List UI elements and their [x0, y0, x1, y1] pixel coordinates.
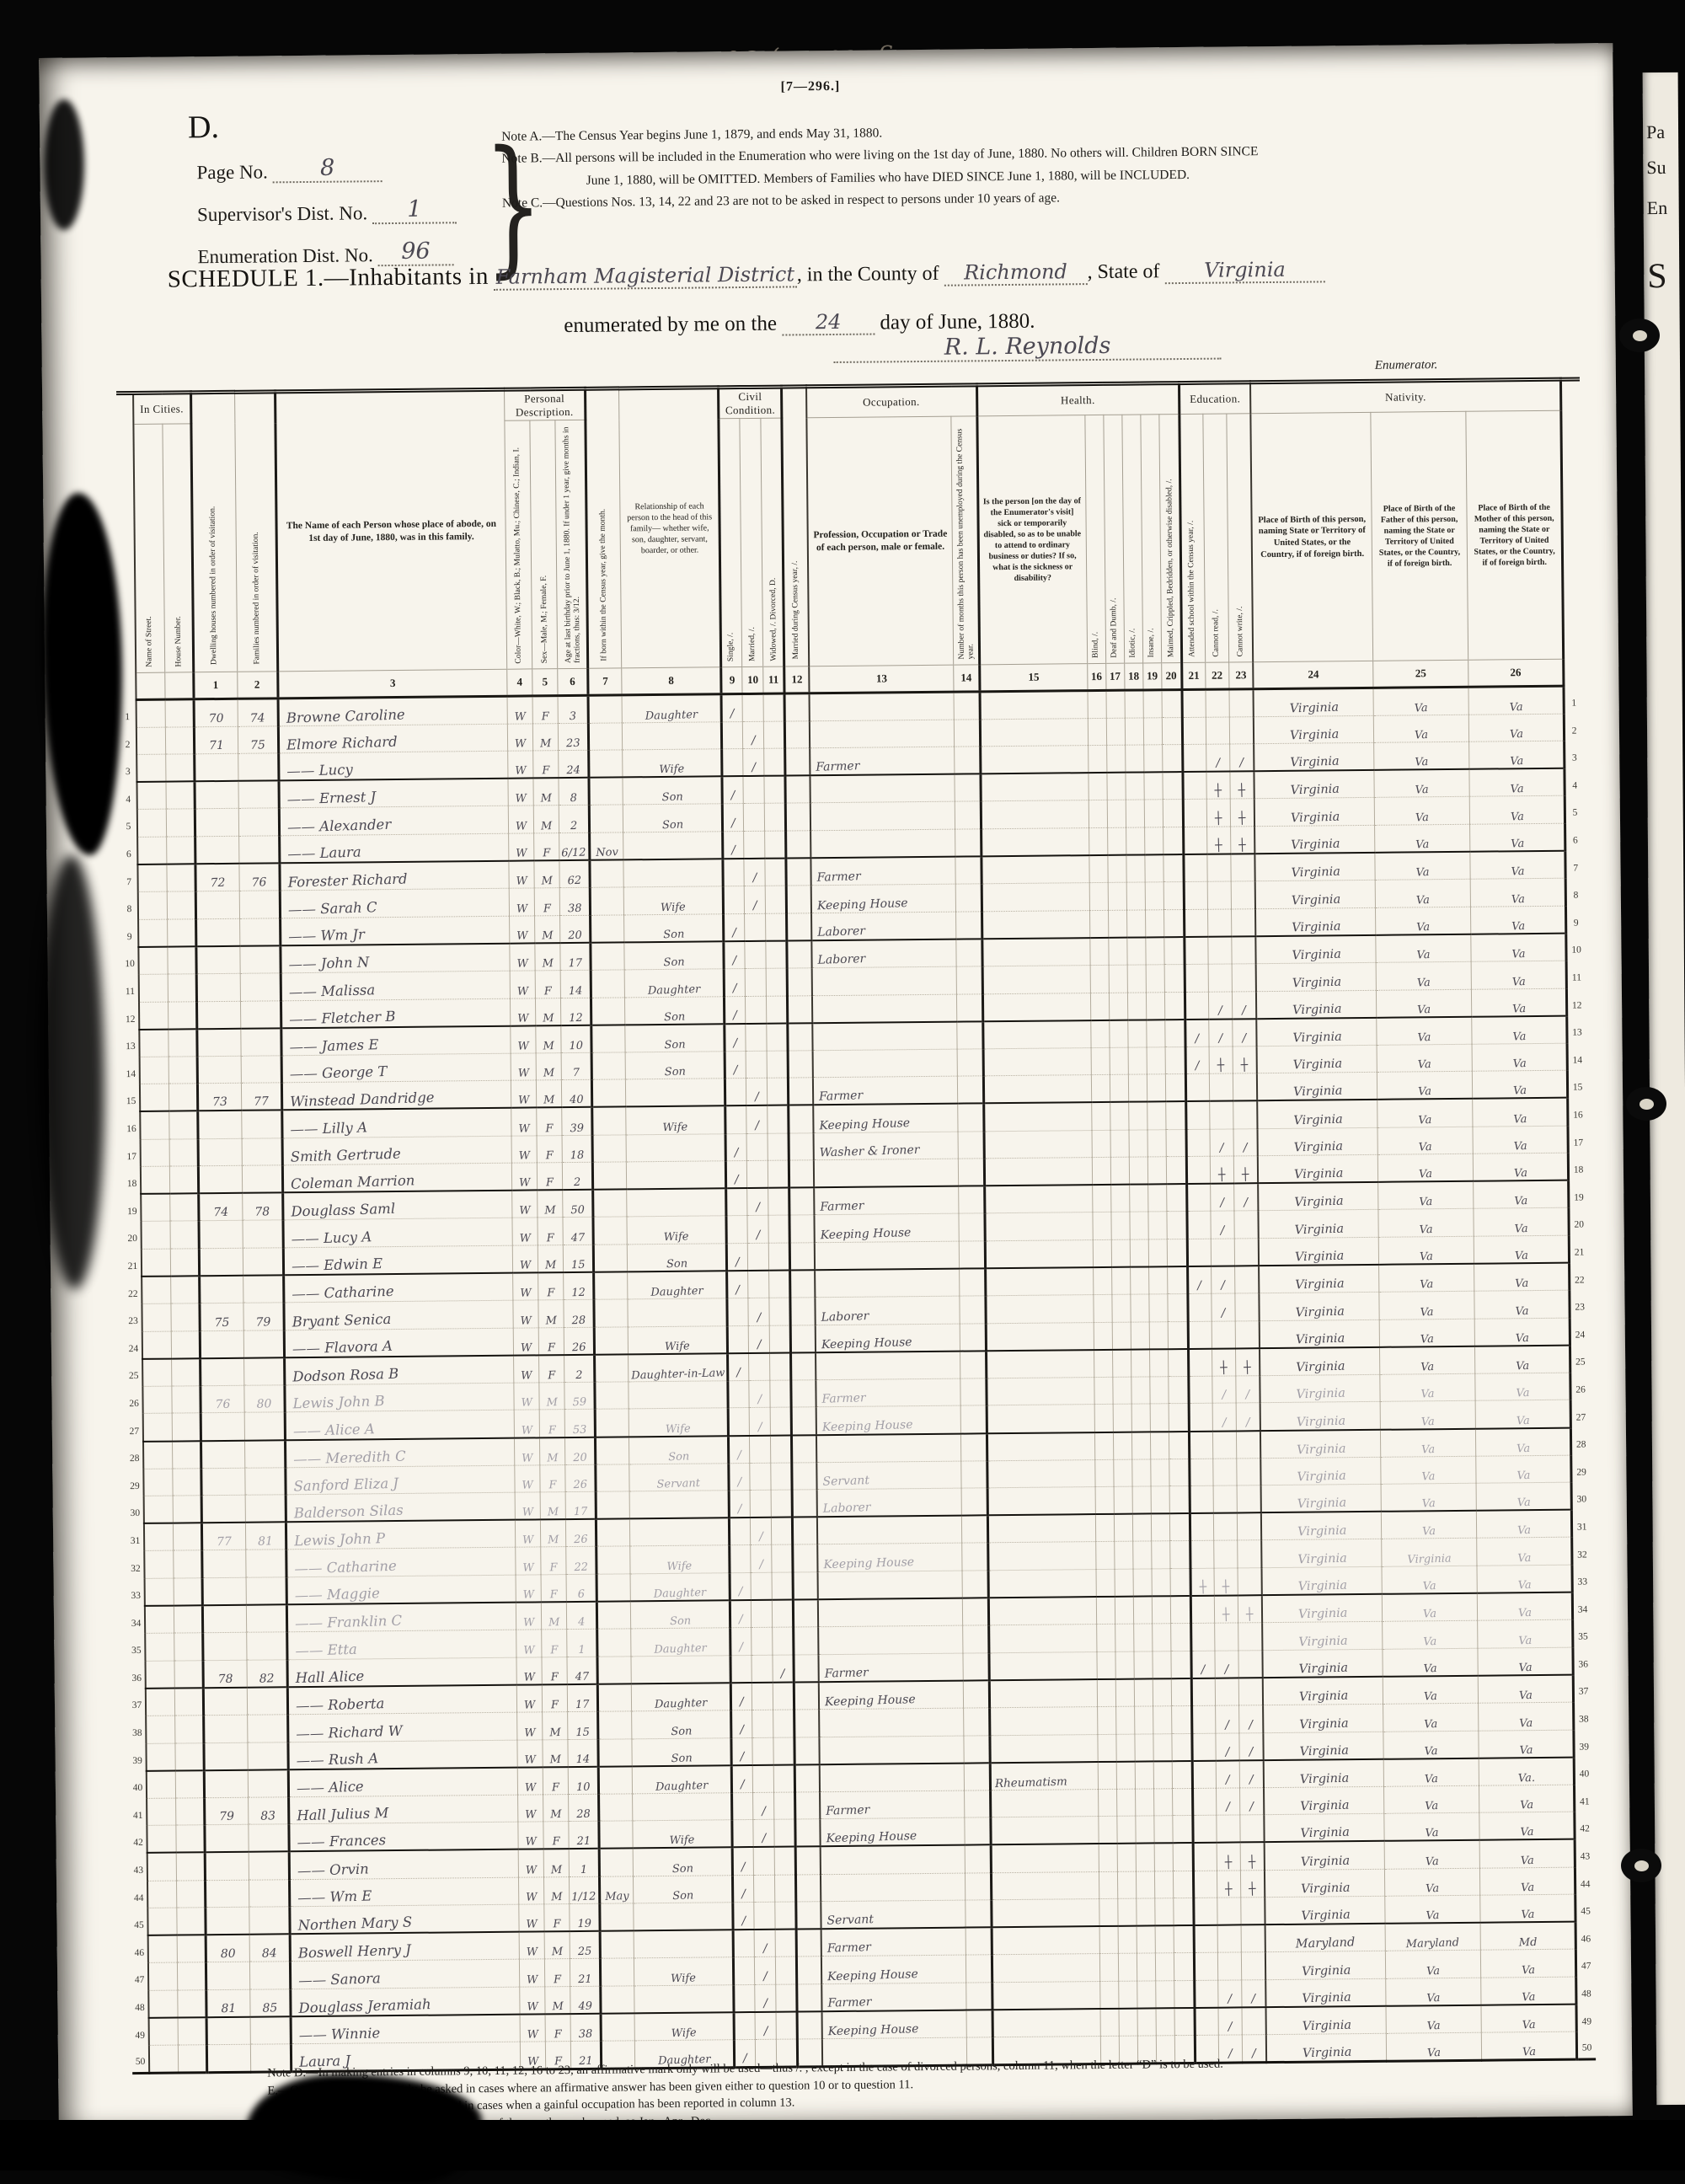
cell-empty — [1172, 1761, 1192, 1789]
cell-empty — [1132, 1514, 1151, 1542]
cell-empty — [1110, 1102, 1128, 1130]
cell-sickness — [985, 1239, 1093, 1268]
cell-empty — [1132, 1541, 1151, 1569]
cell-father-birthplace: Va — [1380, 1373, 1475, 1402]
cell-school-mark — [1194, 1898, 1217, 1925]
cell-birth-month — [595, 1409, 629, 1437]
cell-empty — [1163, 800, 1183, 827]
cell-cannot-read-mark: / — [1210, 1184, 1233, 1212]
cell-name: —— Rush A — [288, 1740, 518, 1769]
cell-cannot-read-mark: ┼ — [1214, 1568, 1238, 1596]
cell-family-number — [246, 1577, 286, 1605]
column-number: 17 — [1105, 663, 1124, 690]
cell-empty — [1149, 1294, 1168, 1322]
cell-father-birthplace: Va — [1383, 1758, 1479, 1786]
cell-empty — [1152, 1569, 1170, 1597]
cell-age: 3 — [558, 695, 588, 723]
row-number: 37 — [129, 1689, 146, 1716]
cell-color: W — [515, 1465, 540, 1493]
cell-father-birthplace: Va — [1373, 687, 1468, 715]
cell-empty — [1108, 882, 1126, 910]
cell-name: —— Lilly A — [281, 1108, 511, 1137]
cell-widowed-mark — [776, 1984, 797, 2012]
cell-empty — [788, 1050, 812, 1078]
cell-empty — [797, 2011, 821, 2039]
cell-empty — [795, 1791, 820, 1819]
cell-married-mark — [753, 1847, 774, 1875]
cell-empty — [1134, 1678, 1153, 1706]
cell-single-mark: / — [730, 1572, 751, 1600]
cell-empty — [1131, 1459, 1150, 1487]
cell-empty — [1089, 910, 1108, 938]
cell-relationship: Servant — [629, 1463, 729, 1491]
cell-father-birthplace: Va — [1383, 1785, 1479, 1814]
header-cannot-read: Cannot read, /. — [1203, 414, 1229, 662]
cell-name: —— Orvin — [289, 1849, 519, 1879]
cell-name: Browne Caroline — [278, 696, 508, 725]
cell-empty — [168, 1084, 197, 1111]
cell-color: W — [510, 971, 535, 998]
cell-widowed-mark — [768, 1160, 789, 1188]
cell-single-mark — [734, 1984, 755, 2012]
cell-age: 15 — [563, 1245, 593, 1272]
cell-cannot-write-mark — [1238, 1650, 1263, 1678]
cell-occupation: Servant — [816, 1461, 961, 1490]
cell-school-mark — [1192, 1788, 1216, 1816]
cell-empty — [1134, 1706, 1153, 1734]
cell-name: —— Ernest J — [279, 779, 509, 808]
cell-empty — [793, 1572, 817, 1600]
row-number: 6 — [1565, 823, 1585, 851]
cell-empty — [1143, 745, 1162, 773]
cell-empty — [1145, 854, 1163, 882]
binder-ring — [1626, 1087, 1666, 1121]
cell-widowed-mark — [765, 831, 786, 859]
cell-cannot-write-mark — [1231, 881, 1255, 909]
cell-birthplace: Virginia — [1265, 1869, 1384, 1898]
cell-dwelling-number: 79 — [204, 1797, 248, 1825]
cell-birthplace: Virginia — [1254, 688, 1373, 716]
cell-empty — [1129, 1129, 1147, 1157]
cell-name: Bryant Senica — [284, 1300, 514, 1330]
row-number: 36 — [1573, 1647, 1592, 1675]
cell-widowed-mark — [768, 1078, 789, 1105]
cell-single-mark: / — [729, 1463, 750, 1491]
cell-school-mark — [1186, 1184, 1210, 1212]
cell-name: —— Roberta — [287, 1685, 517, 1715]
cell-cannot-read-mark — [1209, 1073, 1233, 1101]
cell-cannot-write-mark — [1232, 936, 1256, 964]
cell-dwelling-number: 75 — [200, 1303, 243, 1330]
cell-dwelling-number — [195, 946, 239, 974]
cell-empty — [787, 968, 811, 996]
cell-married-mark — [754, 1902, 775, 1930]
cell-empty — [143, 1441, 172, 1469]
row-number: 31 — [1572, 1510, 1591, 1538]
cell-age: 19 — [570, 1903, 600, 1931]
cell-occupation: Keeping House — [817, 1543, 962, 1571]
cell-widowed-mark — [766, 913, 787, 941]
cell-relationship: Son — [629, 1436, 729, 1464]
row-number: 26 — [1570, 1373, 1590, 1400]
cell-birthplace: Virginia — [1257, 1017, 1377, 1046]
cell-empty — [1152, 1596, 1170, 1624]
enumerator-signature: R. L. Reynolds — [833, 332, 1221, 363]
cell-relationship: Son — [625, 1051, 725, 1079]
cell-color: W — [507, 696, 532, 724]
cell-empty — [1144, 800, 1163, 827]
cell-occupation: Keeping House — [816, 1324, 960, 1352]
row-number: 17 — [1568, 1125, 1587, 1153]
cell-occupation: Keeping House — [814, 1213, 959, 1242]
cell-birth-month — [594, 1327, 628, 1355]
cell-married-mark: / — [743, 721, 764, 749]
cell-family-number — [244, 1440, 285, 1468]
cell-dwelling-number — [200, 1358, 243, 1386]
cell-color: W — [516, 1602, 541, 1630]
cell-mother-birthplace: Va — [1470, 878, 1565, 907]
cell-birth-month — [598, 1738, 632, 1766]
state-value: Virginia — [1164, 257, 1324, 284]
cell-empty — [1113, 1459, 1131, 1487]
cell-color: W — [513, 1328, 538, 1356]
cell-single-mark: / — [729, 1491, 750, 1518]
cell-birthplace: Virginia — [1259, 1265, 1378, 1293]
cell-empty — [168, 1001, 196, 1029]
cell-widowed-mark — [768, 1215, 789, 1243]
cell-dwelling-number — [196, 1028, 240, 1056]
cell-empty — [173, 1523, 201, 1551]
cell-family-number — [240, 945, 281, 973]
cell-single-mark — [730, 1655, 752, 1683]
row-number: 29 — [1571, 1455, 1591, 1483]
row-number: 27 — [1570, 1400, 1590, 1427]
cell-cannot-read-mark: ┼ — [1206, 799, 1230, 827]
cell-relationship: Wife — [627, 1216, 726, 1245]
cell-empty — [1154, 1844, 1173, 1871]
cell-empty — [960, 1378, 986, 1406]
cell-occupation — [820, 1845, 965, 1874]
cell-relationship — [623, 859, 723, 887]
county-label: , in the County of — [797, 263, 939, 286]
cell-birth-month — [590, 887, 623, 915]
table-header: In Cities. Dwelling houses numbered in o… — [116, 379, 1582, 700]
cell-empty — [1093, 1239, 1111, 1267]
cell-sex: M — [540, 1519, 565, 1547]
cell-name: Coleman Marrion — [282, 1163, 512, 1192]
cell-mother-birthplace: Va — [1475, 1345, 1570, 1373]
cell-empty — [1109, 993, 1127, 1020]
cell-empty — [1165, 1101, 1185, 1129]
cell-father-birthplace: Va — [1383, 1676, 1478, 1705]
cell-empty — [1127, 1020, 1146, 1047]
cell-occupation — [814, 1159, 959, 1187]
cell-occupation: Farmer — [820, 1791, 965, 1819]
cell-empty — [1130, 1239, 1148, 1267]
cell-family-number — [246, 1632, 286, 1660]
cell-cannot-write-mark — [1241, 1924, 1265, 1952]
cell-single-mark — [723, 886, 744, 914]
cell-age: 12 — [564, 1272, 594, 1300]
cell-father-birthplace: Va — [1377, 1099, 1473, 1127]
cell-empty — [1151, 1541, 1169, 1569]
cell-color: W — [509, 833, 534, 861]
header-insane: Insane, /. — [1141, 415, 1162, 663]
cell-cannot-read-mark — [1217, 1925, 1241, 1953]
column-number: 10 — [742, 666, 763, 693]
cell-empty — [1143, 717, 1162, 745]
cell-empty — [956, 912, 982, 939]
cell-family-number — [240, 1000, 281, 1028]
cell-empty — [785, 720, 810, 748]
row-number: 21 — [125, 1249, 142, 1277]
cell-married-mark: / — [744, 859, 765, 886]
cell-school-mark — [1195, 2008, 1218, 2036]
cell-empty — [1143, 690, 1162, 718]
cell-widowed-mark — [768, 1188, 789, 1216]
cell-empty — [789, 1105, 813, 1133]
cell-birth-month — [601, 2013, 634, 2041]
cell-empty — [1112, 1322, 1131, 1350]
cell-name: Douglass Jeramiah — [290, 1987, 520, 2016]
cell-empty — [1130, 1266, 1148, 1294]
cell-birth-month — [596, 1546, 630, 1574]
cell-dwelling-number: 78 — [203, 1660, 247, 1688]
schedule-title: SCHEDULE 1.—Inhabitants in — [168, 263, 489, 293]
cell-sickness — [991, 1871, 1099, 1900]
cell-empty — [1132, 1486, 1151, 1514]
cell-empty — [1095, 1487, 1114, 1515]
row-number: 3 — [120, 755, 136, 783]
cell-school-mark — [1188, 1293, 1212, 1321]
cell-school-mark — [1190, 1623, 1214, 1651]
cell-color: W — [510, 943, 535, 971]
cell-occupation: Washer & Ironer — [813, 1132, 958, 1160]
cell-family-number — [239, 918, 280, 946]
cell-birthplace: Virginia — [1259, 1210, 1378, 1239]
cell-mother-birthplace: Va — [1481, 2005, 1576, 2033]
cell-occupation: Farmer — [814, 1186, 959, 1215]
cell-empty — [1155, 1953, 1174, 1981]
cell-birth-month — [593, 1217, 627, 1245]
column-number: 8 — [622, 667, 721, 695]
cell-birth-month — [595, 1382, 629, 1410]
cell-empty — [1125, 690, 1143, 718]
cell-empty — [786, 831, 810, 859]
cell-empty — [1088, 718, 1106, 746]
cell-father-birthplace: Va — [1382, 1593, 1477, 1622]
cell-age: 28 — [564, 1299, 594, 1327]
cell-dwelling-number — [198, 1165, 242, 1193]
cell-birth-month — [591, 997, 625, 1025]
cell-relationship: Son — [633, 1848, 732, 1876]
cell-empty — [956, 884, 982, 912]
supervisor-label: Supervisor's Dist. No. — [197, 202, 367, 226]
form-number: [7—296.] — [781, 79, 841, 95]
row-number: 42 — [130, 1826, 147, 1854]
cell-cannot-write-mark — [1236, 1431, 1260, 1459]
cell-dwelling-number — [201, 1495, 245, 1523]
cell-cannot-read-mark: / — [1216, 1760, 1239, 1788]
cell-relationship: Daughter — [630, 1573, 730, 1602]
cell-sickness — [984, 1158, 1092, 1186]
cell-married-mark — [746, 1051, 767, 1079]
cell-single-mark — [728, 1380, 749, 1408]
column-number: 14 — [954, 665, 979, 692]
cell-school-mark — [1190, 1459, 1213, 1486]
cell-empty — [165, 754, 194, 782]
header-widowed: Widowed, /. Divorced, D. — [761, 418, 784, 666]
cell-family-number — [239, 891, 280, 918]
cell-empty — [174, 1716, 203, 1743]
cell-mother-birthplace: Va — [1474, 1290, 1570, 1319]
cell-single-mark: / — [728, 1353, 749, 1381]
cell-empty — [957, 966, 982, 994]
cell-empty — [1169, 1513, 1190, 1541]
day-value: 24 — [782, 310, 875, 336]
column-number: 3 — [277, 669, 507, 699]
cell-birthplace: Virginia — [1261, 1512, 1381, 1540]
cell-sickness — [988, 1651, 1096, 1680]
row-number: 34 — [128, 1606, 145, 1634]
cell-age: 17 — [565, 1491, 596, 1519]
cell-empty — [1153, 1788, 1172, 1816]
cell-widowed-mark — [770, 1352, 791, 1380]
cell-empty — [794, 1710, 819, 1737]
cell-father-birthplace: Va — [1384, 1813, 1479, 1842]
cell-empty — [165, 699, 194, 727]
cell-father-birthplace: Va — [1375, 824, 1470, 853]
cell-age: 49 — [570, 1986, 601, 2014]
cell-empty — [963, 1625, 988, 1653]
row-number: 9 — [1566, 906, 1586, 934]
cell-empty — [955, 801, 981, 829]
cell-occupation: Keeping House — [813, 1104, 958, 1132]
cell-father-birthplace: Va — [1380, 1428, 1475, 1457]
cell-cannot-read-mark — [1206, 717, 1229, 745]
cell-sickness — [987, 1514, 1095, 1543]
cell-birth-month — [594, 1271, 628, 1299]
cell-empty — [960, 1241, 985, 1269]
cell-name: —— Flavora A — [284, 1328, 514, 1357]
cell-sickness — [990, 1789, 1098, 1817]
row-number: 50 — [1577, 2031, 1597, 2059]
cell-father-birthplace: Va — [1377, 1044, 1472, 1073]
cell-mother-birthplace: Va — [1471, 934, 1566, 962]
cell-empty — [1163, 909, 1184, 937]
row-number: 17 — [124, 1139, 141, 1167]
cell-family-number — [243, 1275, 283, 1303]
cell-empty — [1136, 1898, 1154, 1926]
row-number: 39 — [1574, 1729, 1593, 1757]
cell-widowed-mark — [773, 1737, 794, 1765]
cell-occupation — [821, 1873, 966, 1902]
cell-family-number — [238, 836, 279, 864]
cell-married-mark: / — [749, 1408, 770, 1436]
cell-relationship: Daughter — [632, 1765, 731, 1794]
header-attended-school: Attended school within the Census year, … — [1179, 414, 1206, 662]
cell-empty — [1096, 1625, 1115, 1652]
row-number: 32 — [1572, 1537, 1591, 1565]
cell-birth-month — [599, 1794, 633, 1822]
cell-empty — [171, 1330, 200, 1358]
cell-cannot-write-mark: / — [1233, 1128, 1258, 1156]
cell-empty — [1166, 1129, 1186, 1157]
cell-relationship: Wife — [628, 1325, 727, 1354]
cell-sex: M — [545, 1986, 570, 2014]
cell-dwelling-number — [201, 1468, 244, 1496]
cell-empty — [1167, 1212, 1187, 1239]
cell-relationship: Daughter — [631, 1628, 730, 1657]
cell-widowed-mark — [764, 721, 785, 749]
cell-relationship: Wife — [634, 2012, 734, 2041]
cell-birthplace: Virginia — [1254, 770, 1374, 799]
cell-sickness — [982, 1020, 1090, 1049]
cell-empty — [1117, 1871, 1136, 1899]
cell-color: W — [511, 1108, 537, 1136]
cell-mother-birthplace: Va — [1481, 1977, 1576, 2005]
cell-empty — [170, 1249, 199, 1277]
row-number: 13 — [1567, 1015, 1586, 1043]
cell-empty — [1162, 690, 1182, 718]
cell-single-mark — [734, 1957, 755, 1985]
cell-name: Hall Julius M — [288, 1795, 518, 1824]
row-number: 44 — [1575, 1866, 1595, 1894]
cell-age: 8 — [559, 778, 589, 806]
cell-sex: F — [544, 1959, 570, 1987]
cell-school-mark — [1183, 827, 1206, 854]
cell-occupation: Farmer — [816, 1378, 960, 1407]
cell-married-mark: / — [746, 1105, 768, 1133]
cell-birth-month — [588, 695, 622, 723]
cell-empty — [1172, 1733, 1192, 1761]
cell-empty — [1135, 1733, 1153, 1761]
cell-mother-birthplace: Va — [1477, 1592, 1572, 1621]
cell-school-mark — [1183, 772, 1206, 800]
cell-father-birthplace: Va — [1379, 1291, 1474, 1319]
cell-empty — [146, 1688, 174, 1716]
cell-age: 26 — [565, 1464, 596, 1492]
cell-age: 26 — [564, 1327, 594, 1355]
cell-widowed-mark — [769, 1243, 790, 1271]
cell-empty — [1098, 1817, 1116, 1844]
cell-occupation — [812, 994, 957, 1023]
column-number: 18 — [1124, 663, 1142, 690]
cell-empty — [1167, 1266, 1187, 1294]
column-number: 9 — [721, 667, 742, 694]
row-number: 41 — [130, 1798, 147, 1826]
cell-empty — [1168, 1349, 1188, 1377]
cell-empty — [177, 1990, 206, 2018]
cell-family-number — [249, 1879, 289, 1907]
cell-empty — [1146, 937, 1164, 965]
cell-single-mark: / — [724, 941, 745, 969]
cell-empty — [1164, 992, 1185, 1020]
cell-occupation: Laborer — [816, 1488, 961, 1517]
cell-empty — [1099, 1926, 1118, 1954]
row-number: 18 — [1569, 1153, 1588, 1180]
cell-dwelling-number: 76 — [200, 1385, 243, 1413]
cell-empty — [166, 864, 195, 891]
cell-sex: M — [543, 1739, 568, 1767]
cell-dwelling-number — [206, 1962, 249, 1990]
cell-empty — [1115, 1651, 1134, 1679]
cell-birthplace: Virginia — [1264, 1732, 1383, 1760]
cell-color: W — [507, 724, 532, 752]
cell-cannot-write-mark — [1235, 1293, 1260, 1321]
cell-father-birthplace: Va — [1381, 1483, 1476, 1512]
cell-empty — [1090, 965, 1109, 993]
